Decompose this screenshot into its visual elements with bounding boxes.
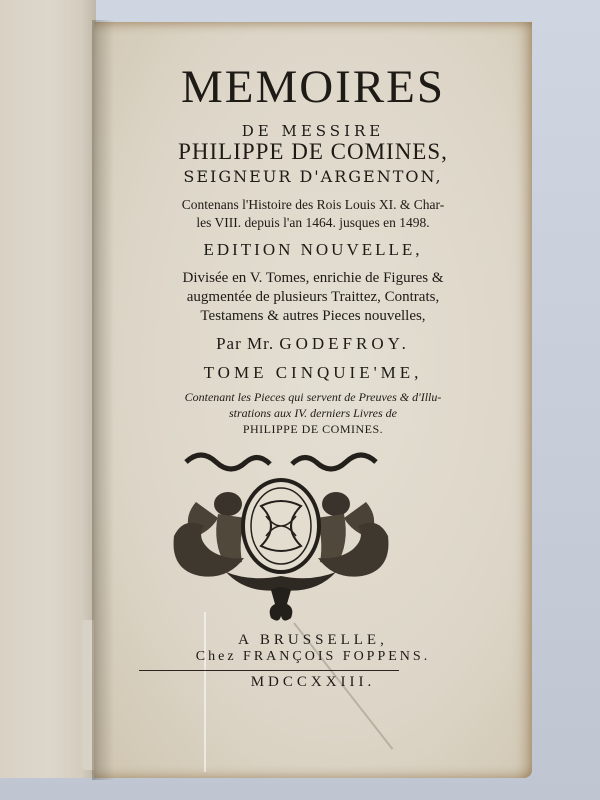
imprint-place: A BRUSSELLE, xyxy=(94,632,532,649)
author-name: PHILIPPE DE COMINES, xyxy=(94,139,532,165)
title-page: MEMOIRES DE MESSIRE PHILIPPE DE COMINES,… xyxy=(94,22,532,778)
imprint-publisher: Chez FRANÇOIS FOPPENS. xyxy=(94,649,532,665)
gutter-shadow xyxy=(92,20,114,780)
volume-desc-line-3: PHILIPPE DE COMINES. xyxy=(94,422,532,437)
editor-name: GODEFROY. xyxy=(279,334,410,353)
book-subtitle: DE MESSIRE xyxy=(94,122,532,140)
imprint-rule xyxy=(139,670,399,671)
book-title: MEMOIRES xyxy=(94,60,532,114)
description-line-1: Divisée en V. Tomes, enrichie de Figures… xyxy=(94,270,532,287)
volume-label: TOME CINQUIE'ME, xyxy=(94,363,532,383)
volume-desc-line-2: strations aux IV. derniers Livres de xyxy=(94,406,532,421)
editor-line: Par Mr. GODEFROY. xyxy=(94,334,532,354)
contents-line-1: Contenans l'Histoire des Rois Louis XI. … xyxy=(94,197,532,213)
description-line-3: Testamens & autres Pieces nouvelles, xyxy=(94,308,532,325)
woodcut-ornament-icon xyxy=(166,444,396,624)
edition-label: EDITION NOUVELLE, xyxy=(94,240,532,260)
contents-line-2: les VIII. depuis l'an 1464. jusques en 1… xyxy=(94,215,532,231)
editor-prefix: Par Mr. xyxy=(216,334,274,353)
description-line-2: augmentée de plusieurs Traittez, Contrat… xyxy=(94,289,532,306)
imprint-year: MDCCXXIII. xyxy=(94,674,532,691)
volume-desc-line-1: Contenant les Pieces qui servent de Preu… xyxy=(94,390,532,405)
author-title: SEIGNEUR D'ARGENTON, xyxy=(94,167,532,186)
